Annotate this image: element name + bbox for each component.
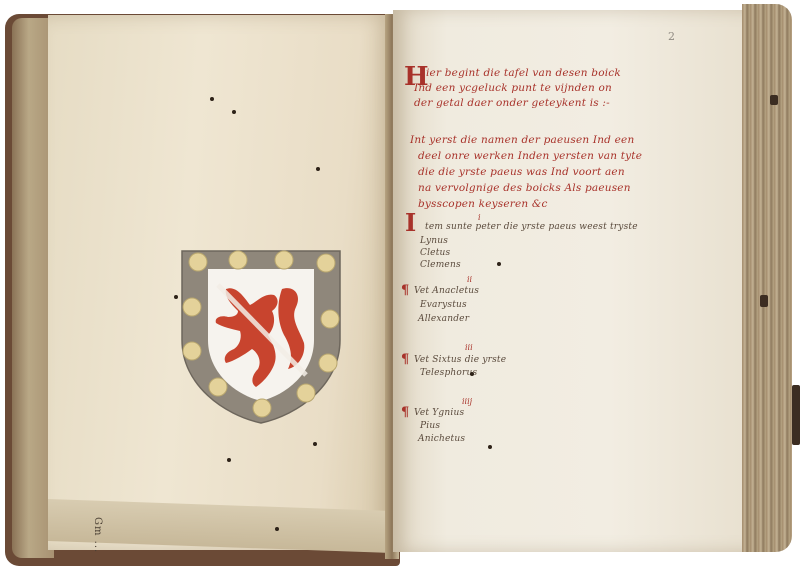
entry-heading: tem sunte peter die yrste paeus weest tr… xyxy=(425,222,638,232)
intro-line: der getal daer onder geteykent is :- xyxy=(414,97,610,109)
entry-name: Lynus xyxy=(420,236,448,246)
pilcrow-icon: ¶ xyxy=(401,405,409,420)
wormhole xyxy=(316,167,320,171)
paragraph-line: deel onre werken Inden yersten van tyte xyxy=(418,150,642,162)
strip-text: Gm ... xyxy=(92,517,103,553)
folio-number: 2 xyxy=(668,30,675,43)
open-manuscript-book: Gm ... 2 H ier begint die tafel van dese… xyxy=(0,0,800,570)
entry-number: i xyxy=(478,213,481,222)
clasp-strap xyxy=(792,385,800,445)
entry-number: iii xyxy=(465,343,473,352)
wormhole xyxy=(488,445,492,449)
entry-name: Cletus xyxy=(420,248,450,258)
paragraph-line: Int yerst die namen der paeusen Ind een xyxy=(410,134,634,146)
page-tab xyxy=(760,295,768,307)
entry-heading: Vet Ygnius xyxy=(414,408,464,418)
entry-name: Evarystus xyxy=(420,300,467,310)
wormhole xyxy=(275,527,279,531)
entry-number: iiij xyxy=(462,397,472,406)
wormhole xyxy=(313,442,317,446)
pilcrow-icon: ¶ xyxy=(401,352,409,367)
entry-heading: Vet Anacletus xyxy=(414,286,479,296)
intro-line: ier begint die tafel van desen boick xyxy=(426,67,621,79)
paragraph-line: bysscopen keyseren &c xyxy=(418,198,548,210)
entry-number: ii xyxy=(467,275,472,284)
entry-name: Clemens xyxy=(420,260,461,270)
wormhole xyxy=(470,372,474,376)
rubric-initial: I xyxy=(405,208,416,237)
wormhole xyxy=(227,458,231,462)
fore-edge xyxy=(742,4,792,552)
wormhole xyxy=(497,262,501,266)
entry-heading: Vet Sixtus die yrste xyxy=(414,355,506,365)
entry-name: Telesphorus xyxy=(420,368,477,378)
pilcrow-icon: ¶ xyxy=(401,283,409,298)
entry-name: Pius xyxy=(420,421,440,431)
entry-name: Anichetus xyxy=(418,434,465,444)
intro-line: Ind een ycgeluck punt te vijnden on xyxy=(414,82,612,94)
entry-name: Allexander xyxy=(418,314,469,324)
page-tab xyxy=(770,95,778,105)
coat-of-arms-shield xyxy=(178,245,344,425)
paragraph-line: na vervolgnige des boicks Als paeusen xyxy=(418,182,631,194)
wormhole xyxy=(232,110,236,114)
wormhole xyxy=(210,97,214,101)
paragraph-line: die die yrste paeus was Ind voort aen xyxy=(418,166,625,178)
